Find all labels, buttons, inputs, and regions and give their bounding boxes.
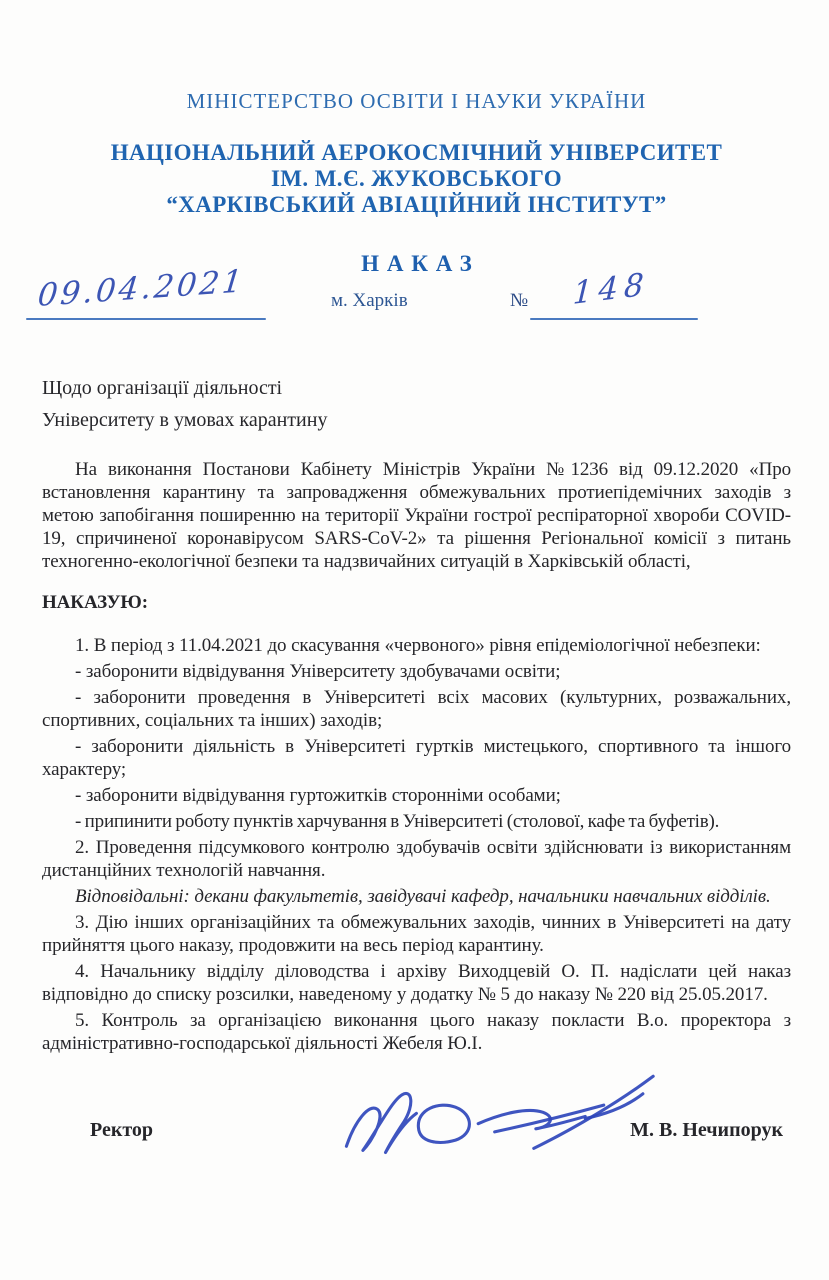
order-item-2: 2. Проведення підсумкового контролю здоб…: [42, 836, 791, 882]
date-underline: [26, 318, 266, 320]
rector-title: Ректор: [90, 1119, 153, 1142]
order-item-5: 5. Контроль за організацією виконання ць…: [42, 1009, 791, 1055]
university-name-line-2: ІМ. М.Є. ЖУКОВСЬКОГО: [42, 166, 791, 192]
number-underline: [530, 318, 698, 320]
city-label: м. Харків: [331, 290, 408, 312]
order-subject: Щодо організації діяльності Університету…: [42, 372, 791, 436]
scanned-order-document: МІНІСТЕРСТВО ОСВІТИ І НАУКИ УКРАЇНИ НАЦІ…: [0, 0, 829, 1280]
order-verb-heading: НАКАЗУЮ:: [42, 591, 791, 614]
order-item-1: 1. В період з 11.04.2021 до скасування «…: [42, 634, 791, 657]
order-subitem-2: - заборонити проведення в Університеті в…: [42, 686, 791, 732]
order-item-3: 3. Дію інших організаційних та обмежувал…: [42, 911, 791, 957]
university-name: НАЦІОНАЛЬНИЙ АЕРОКОСМІЧНИЙ УНІВЕРСИТЕТ І…: [42, 140, 791, 218]
date-city-number-row: 09.04.2021 м. Харків № 148: [42, 282, 791, 328]
number-sign: №: [510, 290, 528, 312]
preamble-paragraph: На виконання Постанови Кабінету Міністрі…: [42, 458, 791, 573]
rector-name: М. В. Нечипорук: [630, 1119, 783, 1142]
order-item-4: 4. Начальнику відділу діловодства і архі…: [42, 960, 791, 1006]
responsible-note: Відповідальні: декани факультетів, завід…: [42, 885, 791, 908]
order-subitem-4: - заборонити відвідування гуртожитків ст…: [42, 784, 791, 807]
signature-row: Ректор М. В. Нечипорук: [42, 1113, 791, 1153]
order-subitem-1: - заборонити відвідування Університету з…: [42, 660, 791, 683]
subject-line-1: Щодо організації діяльності: [42, 372, 791, 404]
order-body: На виконання Постанови Кабінету Міністрі…: [42, 458, 791, 1055]
order-subitem-3: - заборонити діяльність в Університеті г…: [42, 735, 791, 781]
order-subitem-5: - припинити роботу пунктів харчування в …: [42, 810, 791, 833]
subject-line-2: Університету в умовах карантину: [42, 404, 791, 436]
university-name-line-1: НАЦІОНАЛЬНИЙ АЕРОКОСМІЧНИЙ УНІВЕРСИТЕТ: [42, 140, 791, 166]
ministry-title: МІНІСТЕРСТВО ОСВІТИ І НАУКИ УКРАЇНИ: [42, 88, 791, 114]
university-name-line-3: “ХАРКІВСЬКИЙ АВІАЦІЙНИЙ ІНСТИТУТ”: [42, 192, 791, 218]
